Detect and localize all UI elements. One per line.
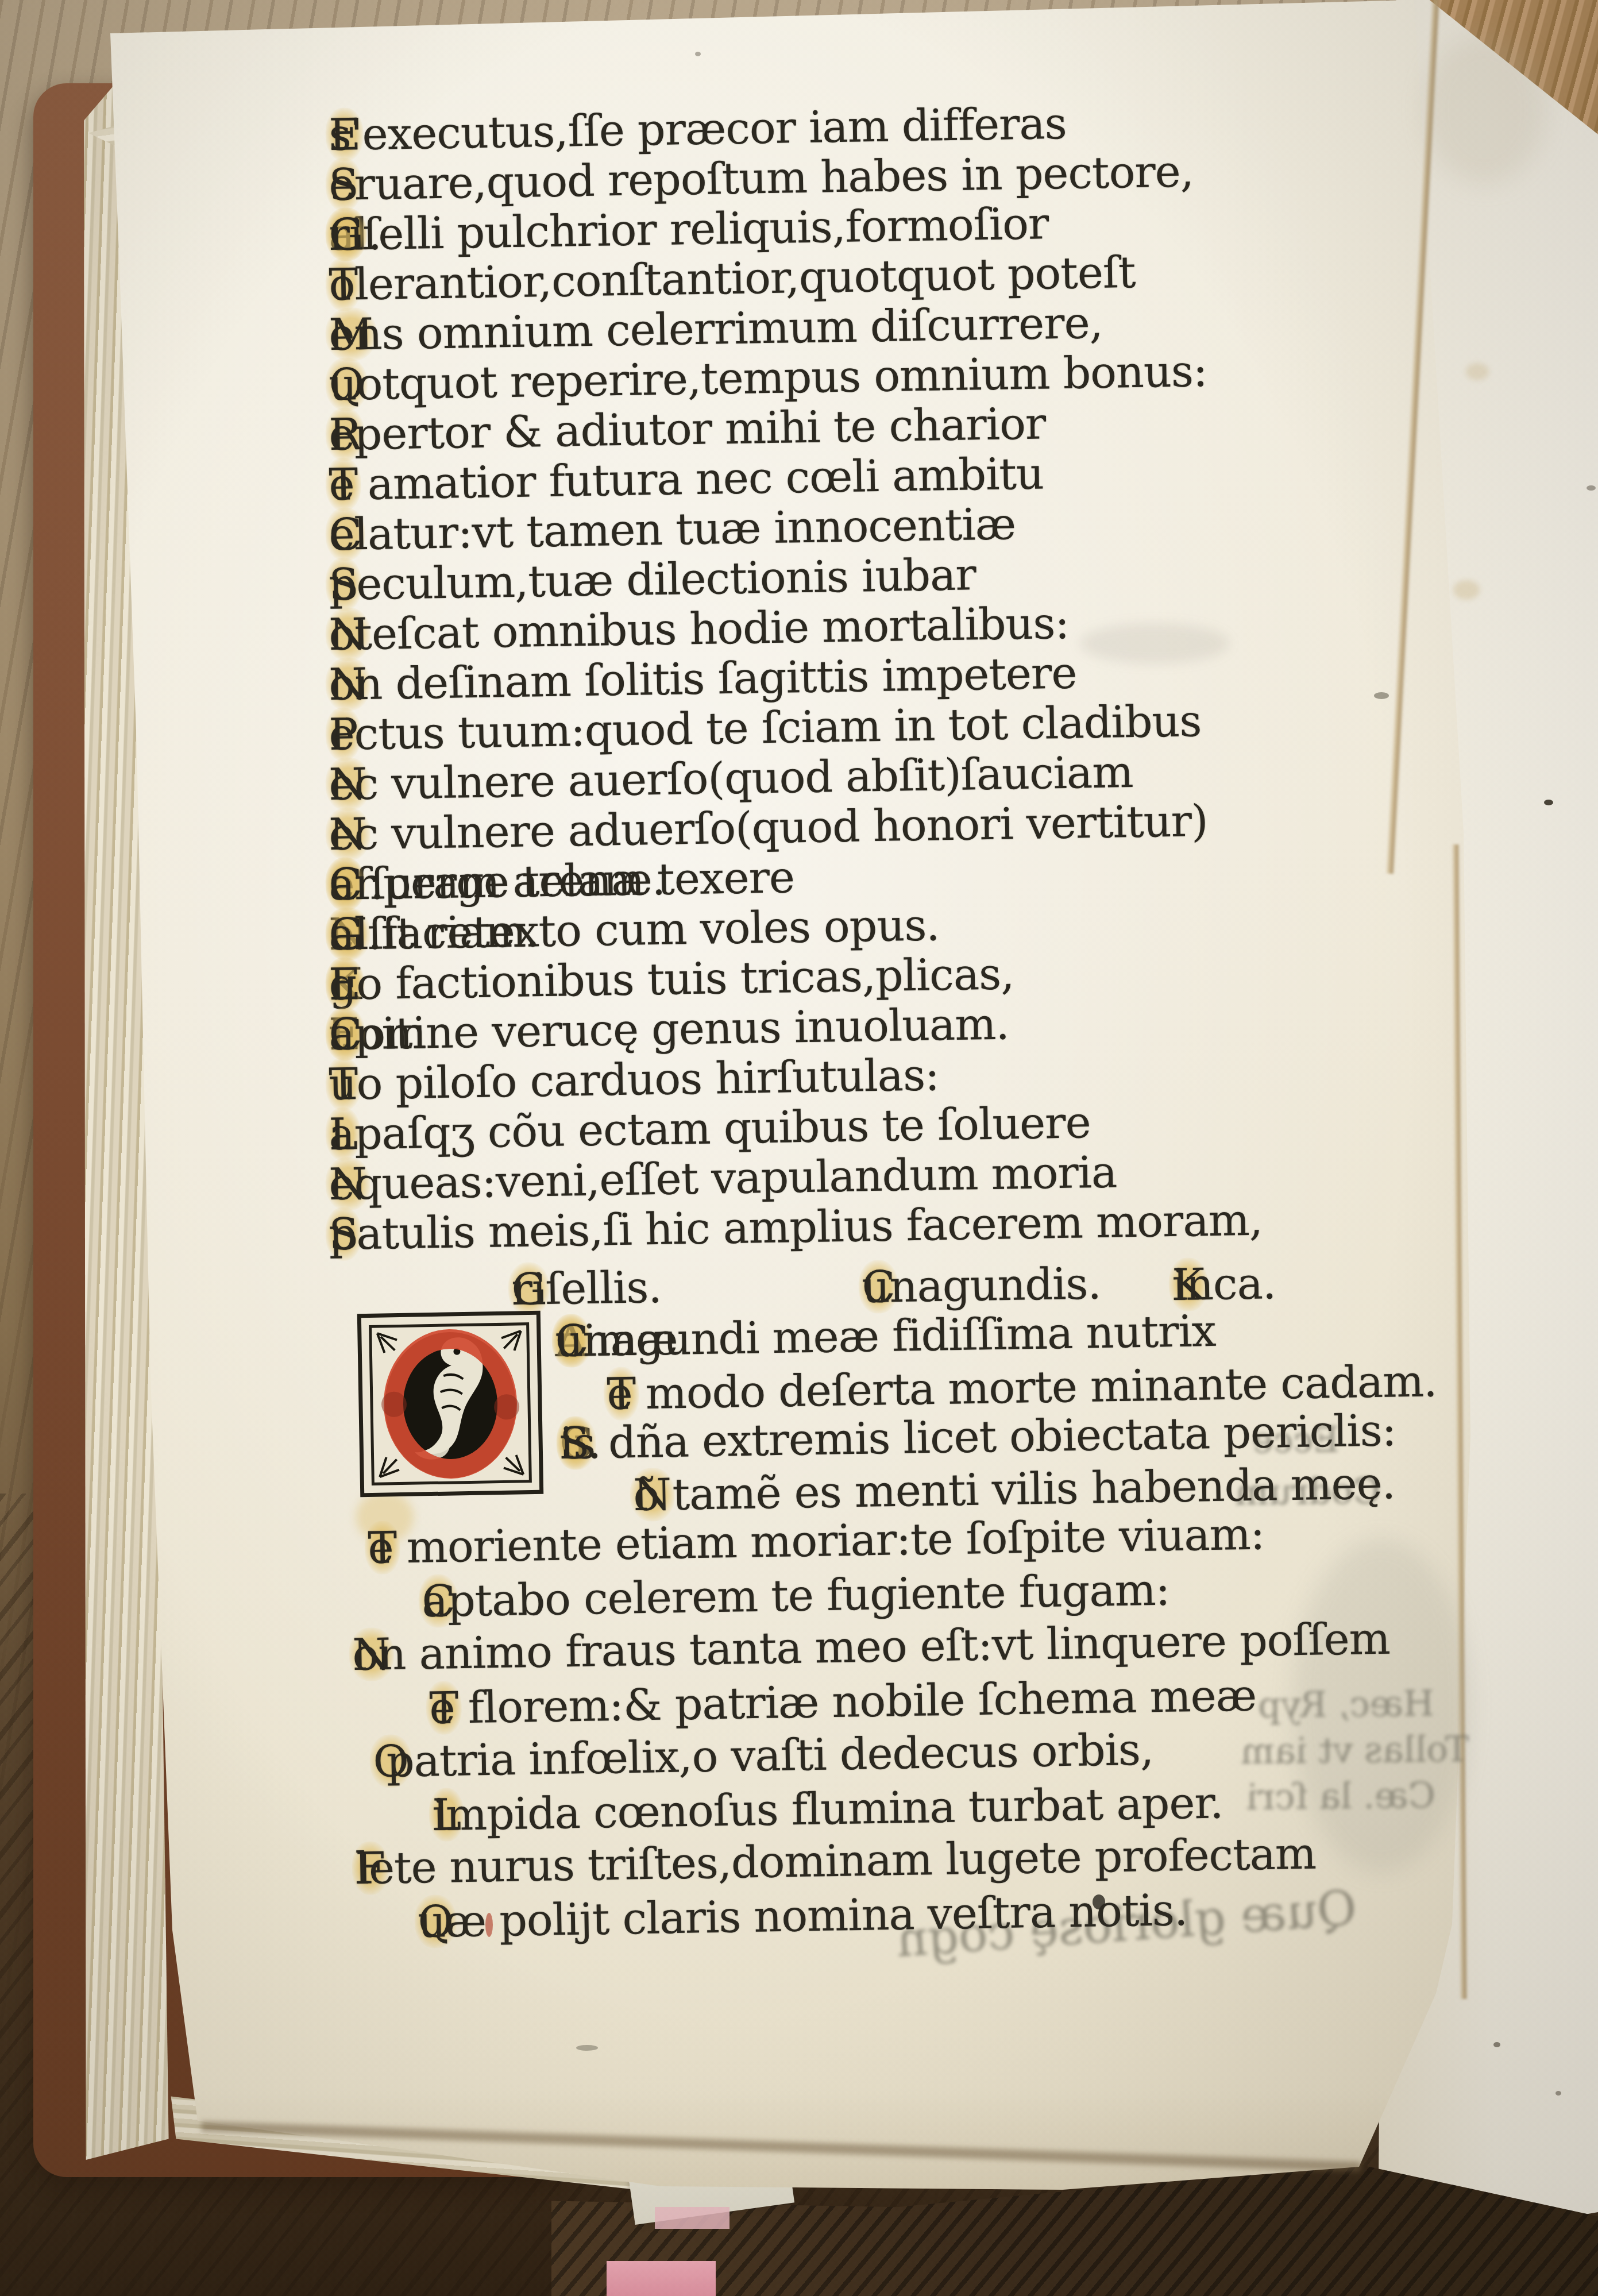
pink-bookmark-sliver (655, 2207, 729, 2229)
paper-stain (1292, 1539, 1470, 1873)
paper-stain (1466, 363, 1489, 380)
paper-stain (1080, 623, 1229, 663)
pink-bookmark-tab (607, 2261, 716, 2296)
ink-speck (695, 52, 701, 56)
decorated-initial-o (356, 1310, 545, 1498)
paper-stain (1453, 580, 1480, 600)
ink-speck (1587, 485, 1596, 491)
ink-speck (1544, 800, 1553, 805)
ink-speck (1555, 2091, 1561, 2096)
paper-stain (1425, 34, 1545, 184)
ink-speck (1374, 692, 1389, 699)
ink-speck (576, 2045, 598, 2051)
ink-speck (1493, 2042, 1500, 2047)
photo-of-open-book: Accepito velle tuumVtendare vellePignora… (0, 0, 1598, 2296)
